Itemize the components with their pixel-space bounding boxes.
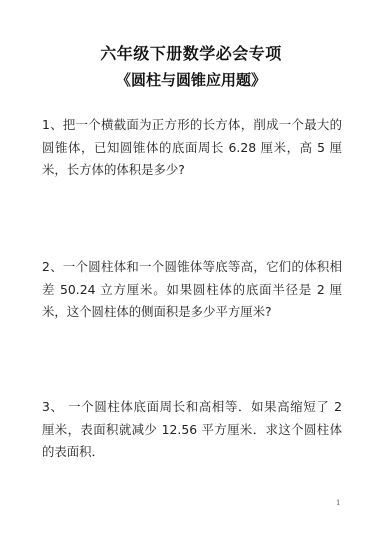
question-1: 1、把一个横截面为正方形的长方体，削成一个最大的圆锥体，已知圆锥体的底面周长 6… [42, 114, 342, 182]
page-title: 六年级下册数学必会专项 [0, 41, 382, 64]
question-3: 3、 一个圆柱体底面周长和高相等．如果高缩短了 2 厘米，表面积就减少 12.5… [42, 396, 342, 464]
page-number: 1 [336, 499, 340, 507]
page-subtitle: 《圆柱与圆锥应用题》 [0, 69, 382, 90]
question-2: 2、一个圆柱体和一个圆锥体等底等高，它们的体积相差 50.24 立方厘米。如果圆… [42, 256, 342, 324]
